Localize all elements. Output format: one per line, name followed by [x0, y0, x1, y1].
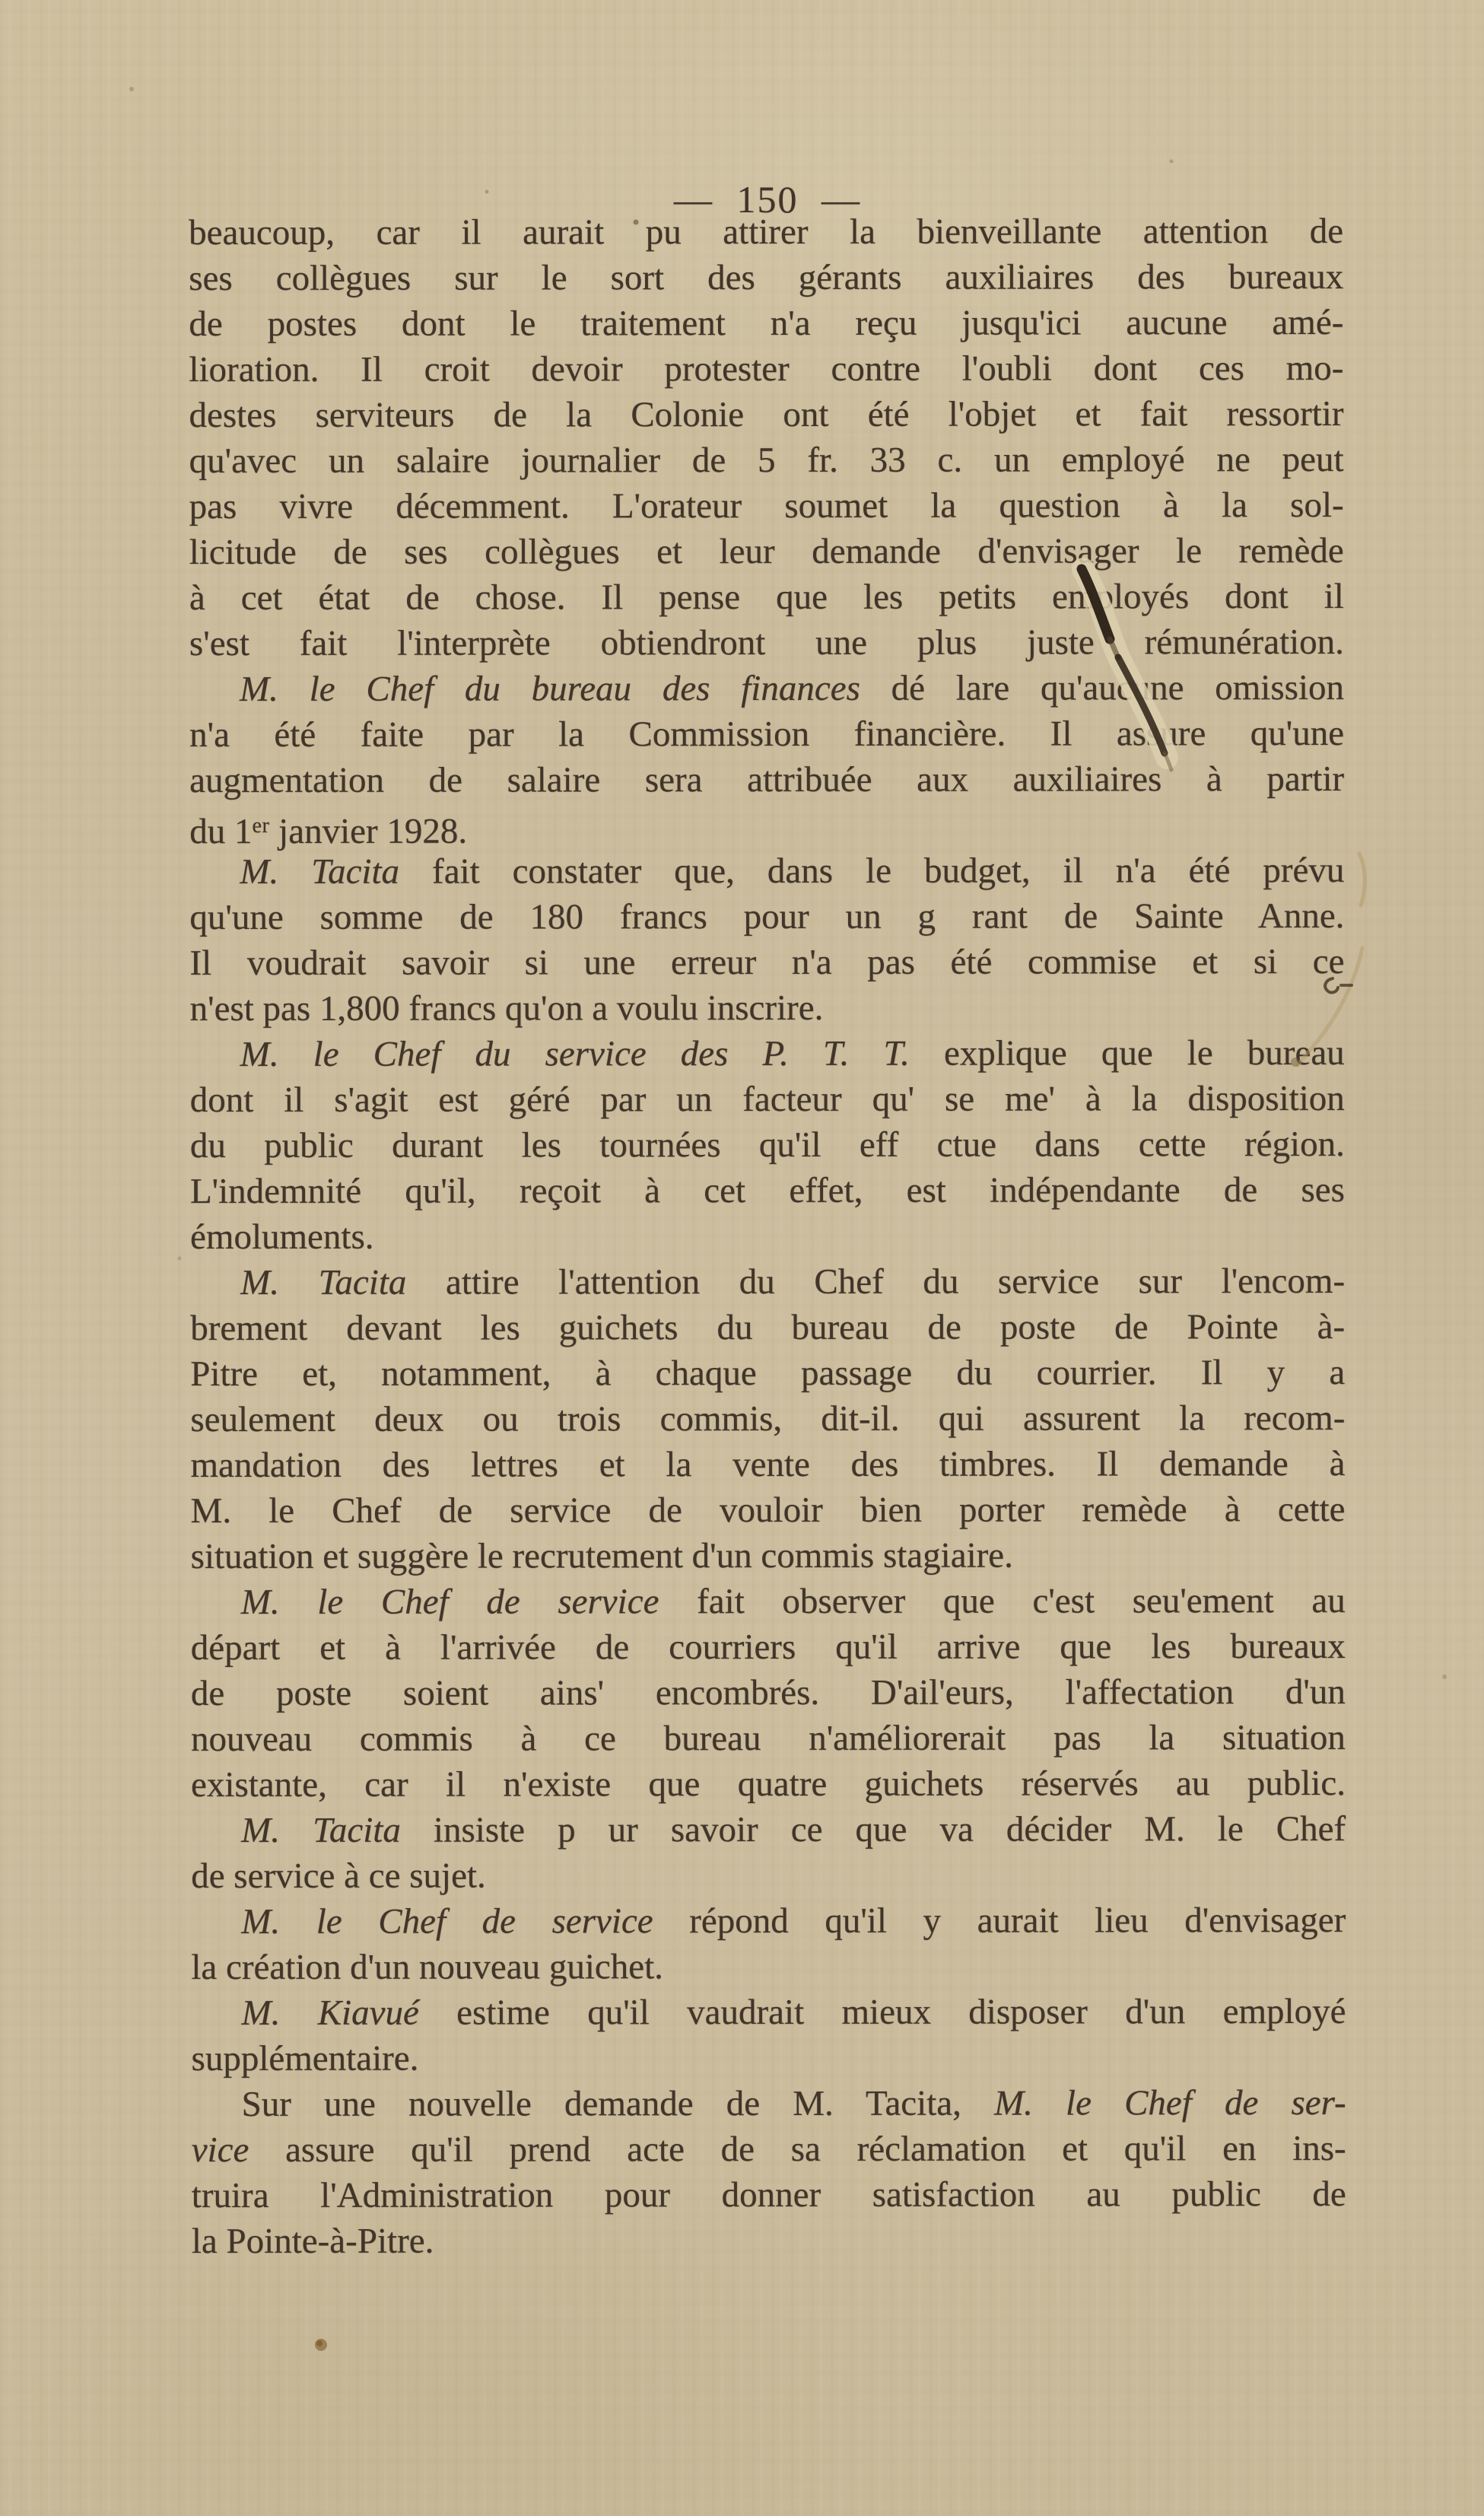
text-line: dont il s'agit est géré par un facteur q… [190, 1076, 1345, 1123]
text-segment: de service à ce sujet. [191, 1856, 486, 1897]
text-line: augmentation de salaire sera attribuée a… [189, 756, 1344, 803]
text-segment: nouveau commis à ce bureau n'améliorerai… [191, 1718, 1346, 1759]
text-segment: brement devant les guichets du bureau de… [190, 1307, 1345, 1348]
text-segment: situation et suggère le recrutement d'un… [191, 1536, 1013, 1577]
text-segment: fait constater que, dans le budget, il n… [432, 851, 1344, 892]
text-line: la création d'un nouveau guichet. [191, 1943, 1346, 1990]
text-line: de postes dont le traitement n'a reçu ju… [189, 300, 1343, 347]
text-segment: destes serviteurs de la Colonie ont été … [189, 394, 1343, 435]
text-line: truira l'Administration pour donner sati… [192, 2171, 1346, 2219]
italic-text: M. le Chef de service [241, 1901, 689, 1942]
text-segment: assure qu'il prend acte de sa réclamatio… [285, 2129, 1346, 2170]
text-segment: supplémentaire. [191, 2039, 418, 2079]
text-line: n'a été faite par la Commission financiè… [189, 711, 1344, 758]
text-segment: existante, car il n'existe que quatre gu… [191, 1764, 1346, 1805]
text-line: licitude de ses collègues et leur demand… [189, 528, 1344, 575]
text-segment: de postes dont le traitement n'a reçu ju… [189, 303, 1343, 344]
text-segment: qu'avec un salaire journalier de 5 fr. 3… [189, 440, 1344, 481]
text-segment: lioration. Il croit devoir protester con… [189, 348, 1343, 390]
text-line: Pitre et, notamment, à chaque passage du… [190, 1350, 1345, 1397]
italic-text: M. le Chef de service [241, 1582, 698, 1622]
text-line: mandation des lettres et la vente des ti… [190, 1441, 1345, 1488]
text-segment: estime qu'il vaudrait mieux disposer d'u… [456, 1992, 1346, 2033]
text-segment: Il voudrait savoir si une erreur n'a pas… [189, 942, 1344, 983]
text-segment: janvier 1928. [269, 812, 467, 851]
italic-text: M. Tacita [240, 1263, 446, 1303]
text-line: beaucoup, car il aurait pu attirer la bi… [189, 208, 1343, 256]
text-line: L'indemnité qu'il, reçoit à cet effet, e… [190, 1167, 1345, 1214]
text-segment: la création d'un nouveau guichet. [191, 1947, 663, 1987]
text-segment: répond qu'il y aurait lieu d'envisager [689, 1901, 1346, 1941]
text-segment: qu'une somme de 180 francs pour un g ran… [189, 896, 1344, 937]
text-segment: la Pointe-à-Pitre. [192, 2222, 434, 2261]
italic-text: M. Kiavué [241, 1993, 456, 2033]
text-line: destes serviteurs de la Colonie ont été … [189, 391, 1343, 438]
text-segment: départ et à l'arrivée de courriers qu'il… [191, 1627, 1346, 1668]
text-line: pas vivre décemment. L'orateur soumet la… [189, 482, 1344, 530]
italic-text: vice [192, 2130, 285, 2170]
text-line: de poste soient ains' encombrés. D'ail'e… [191, 1669, 1346, 1716]
text-line: M. Tacita attire l'attention du Chef du … [190, 1258, 1345, 1306]
text-line: seulement deux ou trois commis, dit-il. … [190, 1395, 1345, 1442]
text-line: la Pointe-à-Pitre. [192, 2217, 1346, 2264]
text-segment: M. le Chef de service de vouloir bien po… [190, 1490, 1345, 1531]
text-segment: L'indemnité qu'il, reçoit à cet effet, e… [190, 1170, 1345, 1211]
text-line: qu'une somme de 180 francs pour un g ran… [189, 893, 1344, 940]
italic-text: M. le Chef du service des P. T. T. [240, 1034, 944, 1074]
text-segment: beaucoup, car il aurait pu attirer la bi… [189, 212, 1343, 253]
text-line: émoluments. [190, 1213, 1345, 1260]
italic-text: M. Tacita [240, 852, 432, 892]
text-segment: mandation des lettres et la vente des ti… [190, 1444, 1345, 1485]
text-segment: Pitre et, notamment, à chaque passage du… [190, 1353, 1345, 1394]
superscript-text: er [252, 814, 269, 838]
text-segment: fait observer que c'est seu'ement au [697, 1581, 1346, 1621]
text-segment: insiste p ur savoir ce que va décider M.… [434, 1809, 1346, 1850]
text-line: qu'avec un salaire journalier de 5 fr. 3… [189, 437, 1344, 484]
text-line: s'est fait l'interprète obtiendront une … [189, 619, 1344, 666]
text-line: situation et suggère le recrutement d'un… [191, 1532, 1346, 1579]
text-line: M. le Chef de service de vouloir bien po… [190, 1487, 1345, 1534]
text-segment: s'est fait l'interprète obtiendront une … [189, 622, 1344, 663]
text-segment: émoluments. [190, 1217, 374, 1257]
text-line: M. Tacita insiste p ur savoir ce que va … [191, 1806, 1346, 1853]
document-text: beaucoup, car il aurait pu attirer la bi… [189, 208, 1346, 2264]
text-segment: attire l'attention du Chef du service su… [446, 1261, 1345, 1303]
text-segment: Sur une nouvelle demande de M. Tacita, [242, 2084, 994, 2124]
text-segment: ses collègues sur le sort des gérants au… [189, 257, 1343, 298]
text-line: M. Tacita fait constater que, dans le bu… [189, 848, 1344, 895]
text-segment: dé lare qu'aucune omission [891, 668, 1344, 708]
text-line: du public durant les tournées qu'il eff … [190, 1121, 1345, 1169]
text-segment: augmentation de salaire sera attribuée a… [189, 759, 1344, 800]
italic-text: M. le Chef de ser- [994, 2083, 1346, 2123]
text-line: Sur une nouvelle demande de M. Tacita, M… [192, 2080, 1346, 2127]
text-line: lioration. Il croit devoir protester con… [189, 345, 1343, 393]
text-segment: à cet état de chose. Il pense que les pe… [189, 577, 1344, 618]
text-line: M. le Chef du service des P. T. T. expli… [190, 1030, 1345, 1077]
italic-text: M. le Chef du bureau des finances [240, 669, 891, 709]
text-line: ses collègues sur le sort des gérants au… [189, 254, 1343, 301]
text-segment: du 1 [189, 812, 252, 851]
paper-spot [315, 2339, 327, 2351]
text-segment: licitude de ses collègues et leur demand… [189, 531, 1344, 572]
text-line: brement devant les guichets du bureau de… [190, 1304, 1345, 1351]
text-segment: du public durant les tournées qu'il eff … [190, 1124, 1345, 1166]
text-segment: n'est pas 1,800 francs qu'on a voulu ins… [190, 988, 824, 1029]
italic-text: M. Tacita [241, 1811, 434, 1850]
text-line: vice assure qu'il prend acte de sa récla… [192, 2126, 1346, 2173]
text-segment: dont il s'agit est géré par un facteur q… [190, 1079, 1345, 1120]
text-line: nouveau commis à ce bureau n'améliorerai… [191, 1715, 1346, 1762]
text-segment: explique que le bureau [944, 1033, 1345, 1074]
text-line: Il voudrait savoir si une erreur n'a pas… [189, 939, 1344, 986]
text-line: départ et à l'arrivée de courriers qu'il… [191, 1624, 1346, 1671]
text-line: M. le Chef du bureau des finances dé lar… [189, 665, 1344, 712]
text-line: à cet état de chose. Il pense que les pe… [189, 574, 1344, 621]
text-line: M. le Chef de service répond qu'il y aur… [191, 1897, 1346, 1945]
text-line: du 1er janvier 1928. [189, 802, 1344, 849]
text-segment: truira l'Administration pour donner sati… [192, 2174, 1346, 2215]
text-segment: pas vivre décemment. L'orateur soumet la… [189, 485, 1344, 526]
scanned-document-page: — 150 — beaucoup, car il aurait pu attir… [0, 0, 1484, 2516]
text-segment: n'a été faite par la Commission financiè… [189, 714, 1344, 755]
text-segment: seulement deux ou trois commis, dit-il. … [190, 1398, 1345, 1439]
text-line: existante, car il n'existe que quatre gu… [191, 1761, 1346, 1808]
text-line: supplémentaire. [191, 2034, 1346, 2082]
text-line: n'est pas 1,800 francs qu'on a voulu ins… [190, 984, 1345, 1032]
text-line: M. le Chef de service fait observer que … [191, 1578, 1346, 1625]
text-segment: de poste soient ains' encombrés. D'ail'e… [191, 1672, 1346, 1713]
text-line: M. Kiavué estime qu'il vaudrait mieux di… [191, 1989, 1346, 2036]
text-line: de service à ce sujet. [191, 1852, 1346, 1899]
